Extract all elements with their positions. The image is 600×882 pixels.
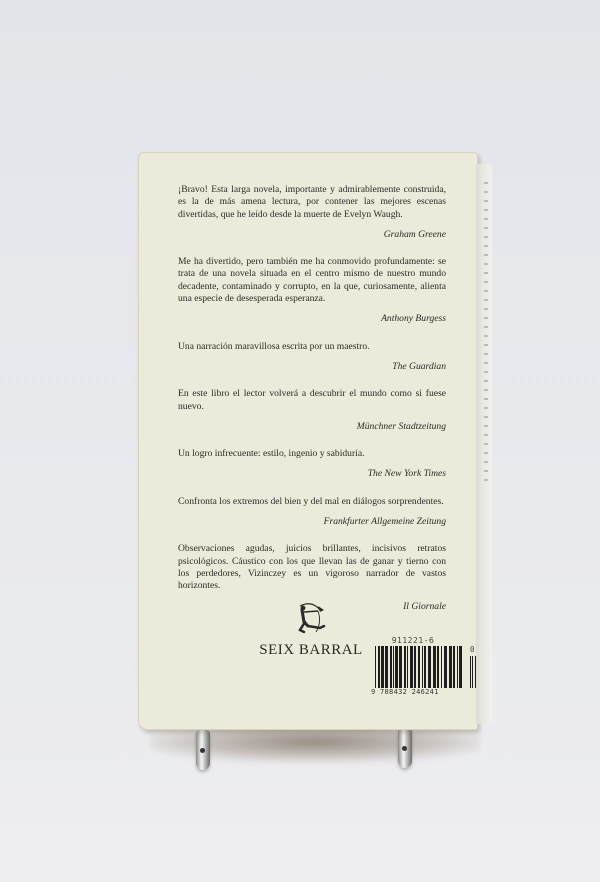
blurb-text: Un logro infrecuente: estilo, ingenio y … — [178, 448, 446, 460]
blurb-text: Una narración maravillosa escrita por un… — [178, 341, 446, 353]
blurb-text: En este libro el lector volverá a descub… — [178, 388, 446, 413]
stand-leg-left — [196, 730, 210, 770]
barcode: 911221-6 00 9 788432 246241 — [375, 636, 475, 696]
archer-figure-icon — [256, 602, 366, 640]
publisher-logo: SEIX BARRAL — [256, 602, 366, 659]
blurb-attribution: Graham Greene — [178, 229, 446, 241]
barcode-bars — [375, 646, 464, 688]
publisher-name: SEIX BARRAL — [256, 642, 366, 659]
blurb-text: Observaciones agudas, juicios brillantes… — [178, 543, 446, 592]
barcode-addon-label: 00 — [470, 645, 481, 654]
blurb-attribution: The New York Times — [178, 468, 446, 480]
blurb-attribution: Anthony Burgess — [178, 313, 446, 325]
isbn-digits: 9 788432 246241 — [371, 688, 475, 696]
blurb-text: Confronta los extremos del bien y del ma… — [178, 496, 446, 508]
blurb-attribution: Münchner Stadtzeitung — [178, 421, 446, 433]
blurb-text: Me ha divertido, pero también me ha conm… — [178, 256, 446, 305]
book-back-cover: ¡Bravo! Esta larga novela, importante y … — [138, 152, 478, 730]
stand-leg-right — [398, 728, 412, 768]
blurbs: ¡Bravo! Esta larga novela, importante y … — [178, 184, 446, 628]
blurb-attribution: The Guardian — [178, 361, 446, 373]
blurb-text: ¡Bravo! Esta larga novela, importante y … — [178, 184, 446, 221]
barcode-addon-bars: 00 — [470, 656, 483, 688]
blurb-attribution: Frankfurter Allgemeine Zeitung — [178, 516, 446, 528]
barcode-code-top: 911221-6 — [379, 636, 447, 645]
spine-edge — [484, 182, 488, 482]
